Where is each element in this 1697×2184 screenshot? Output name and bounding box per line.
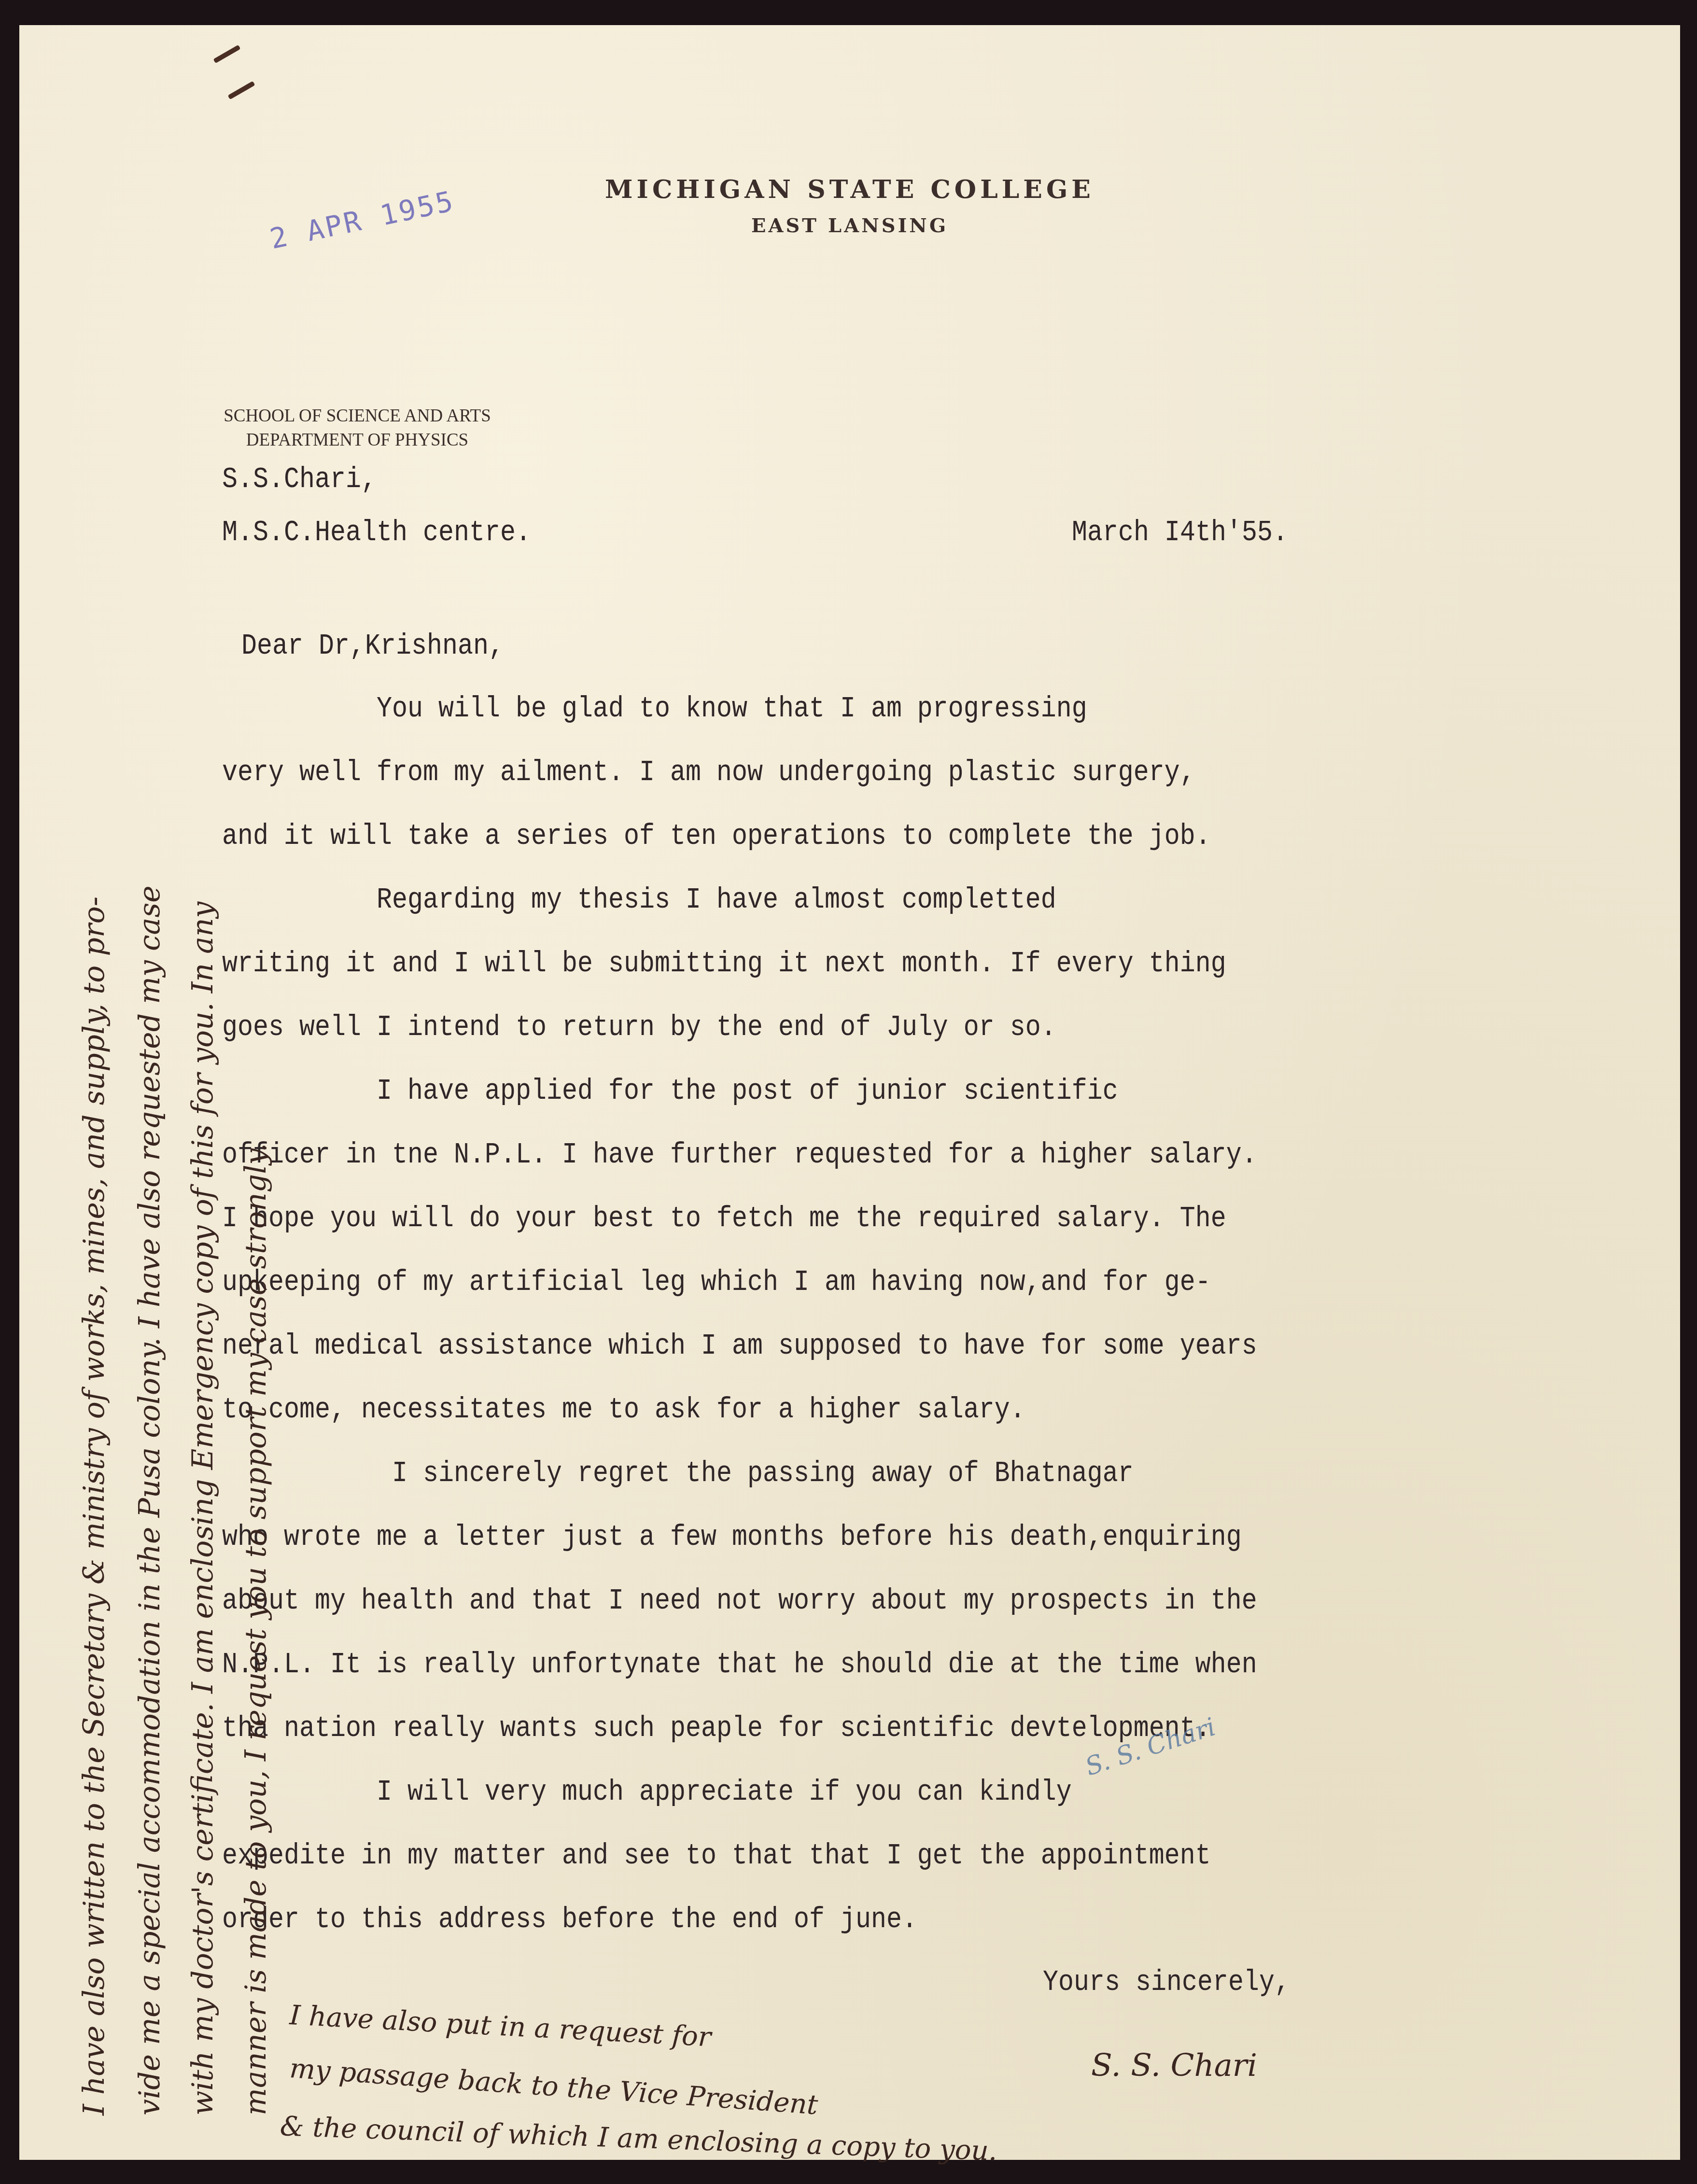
body-line: to come, necessitates me to ask for a hi… [222,1392,1025,1427]
body-line: tha nation really wants such peaple for … [222,1711,1211,1745]
body-line: upkeeping of my artificial leg which I a… [222,1265,1211,1299]
postscript-line: my passage back to the Vice President [289,2053,819,2121]
margin-note-line: with my doctor's certificate. I am enclo… [186,901,220,2115]
margin-note-line: I have also written to the Secretary & m… [77,896,111,2115]
sender-name: S.S.Chari, [222,462,377,496]
postscript-line: & the council of which I am enclosing a … [280,2111,998,2167]
body-line: I hope you will do your best to fetch me… [222,1201,1226,1235]
body-line: Regarding my thesis I have almost comple… [222,882,1056,917]
body-line: You will be glad to know that I am progr… [222,691,1087,726]
letter-page: MICHIGAN STATE COLLEGE EAST LANSING 2 AP… [19,25,1680,2160]
body-line: I sincerely regret the passing away of B… [222,1456,1134,1490]
postscript-line: I have also put in a request for [289,2000,712,2053]
body-line: neral medical assistance which I am supp… [222,1329,1257,1363]
signature: S. S. Chari [1091,2048,1257,2084]
letterhead-institution: MICHIGAN STATE COLLEGE [19,175,1680,204]
body-line: about my health and that I need not worr… [222,1583,1257,1618]
body-line: expedite in my matter and see to that th… [222,1838,1211,1873]
body-line: writing it and I will be submitting it n… [222,946,1226,980]
body-line: officer in tne N.P.L. I have further req… [222,1137,1257,1172]
closing: Yours sincerely, [1043,1965,1290,1999]
body-line: and it will take a series of ten operati… [222,819,1211,853]
letter-date: March I4th'55. [1072,515,1288,549]
margin-note-line: vide me a special accommodation in the P… [133,885,167,2115]
body-line: order to this address before the end of … [222,1902,917,1936]
letterhead-school: SCHOOL OF SCIENCE AND ARTS [183,406,531,426]
body-line: N.P.L. It is really unfortynate that he … [222,1647,1257,1681]
body-line: goes well I intend to return by the end … [222,1010,1056,1044]
margin-note-line: manner is made to you, I request you to … [239,1143,273,2115]
letterhead-department: DEPARTMENT OF PHYSICS [183,430,531,450]
pen-mark-icon [228,81,255,100]
body-line: very well from my ailment. I am now unde… [222,755,1195,789]
body-line: who wrote me a letter just a few months … [222,1520,1242,1554]
sender-address: M.S.C.Health centre. [222,515,531,549]
pen-mark-icon [213,45,241,64]
body-line: I have applied for the post of junior sc… [222,1074,1118,1108]
salutation: Dear Dr,Krishnan, [241,629,504,663]
body-line: I will very much appreciate if you can k… [222,1775,1072,1809]
